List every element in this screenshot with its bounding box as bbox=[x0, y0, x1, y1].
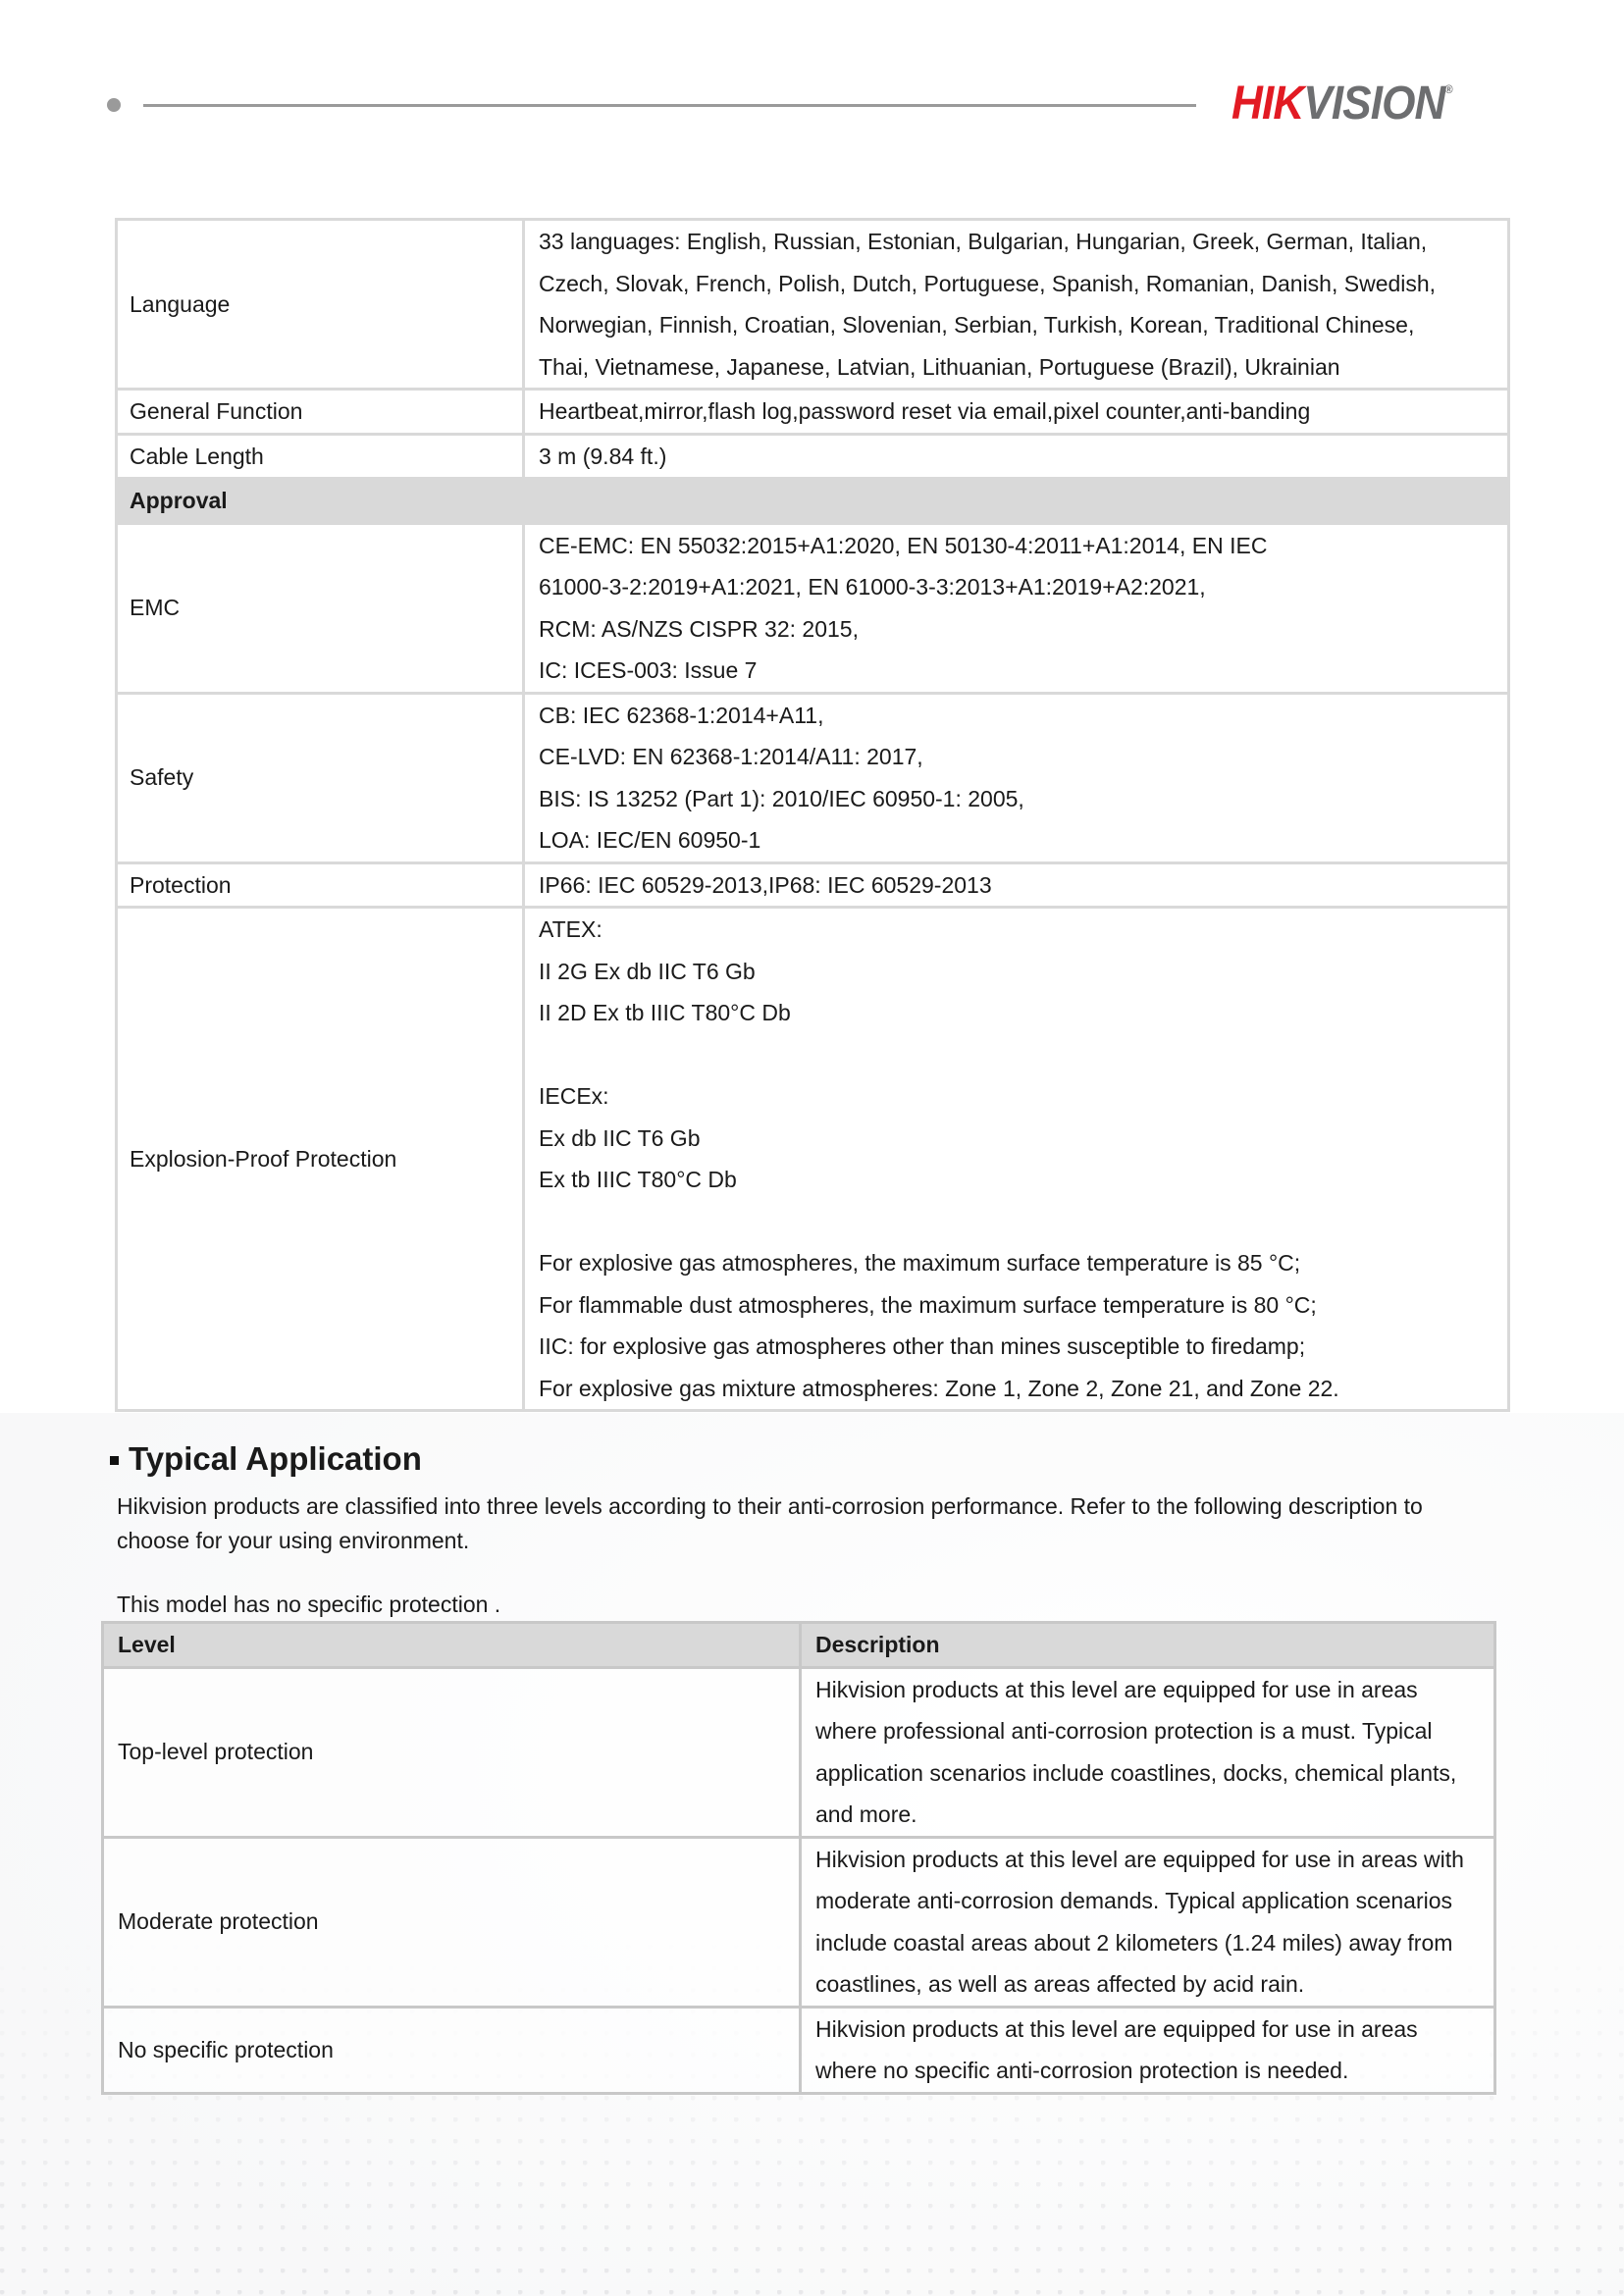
column-header-level: Level bbox=[103, 1623, 801, 1668]
square-bullet-icon bbox=[110, 1456, 119, 1465]
spec-value-line: LOA: IEC/EN 60950-1 bbox=[539, 819, 1495, 861]
spec-row: ProtectionIP66: IEC 60529-2013,IP68: IEC… bbox=[117, 862, 1509, 908]
spec-row: SafetyCB: IEC 62368-1:2014+A11,CE-LVD: E… bbox=[117, 693, 1509, 862]
spec-value-line: Heartbeat,mirror,flash log,password rese… bbox=[539, 391, 1495, 433]
spec-value-line: CB: IEC 62368-1:2014+A11, bbox=[539, 695, 1495, 737]
spec-value: 33 languages: English, Russian, Estonian… bbox=[524, 220, 1509, 390]
spec-value-line bbox=[539, 1201, 1495, 1243]
spec-value-line: Ex tb IIIC T80°C Db bbox=[539, 1159, 1495, 1201]
spec-value-line: Czech, Slovak, French, Polish, Dutch, Po… bbox=[539, 263, 1495, 305]
level-cell: No specific protection bbox=[103, 2007, 801, 2093]
table-header-row: Level Description bbox=[103, 1623, 1495, 1668]
spec-table: Language33 languages: English, Russian, … bbox=[115, 218, 1510, 1412]
page-header: HIKVISION® bbox=[0, 0, 1624, 157]
spec-value-line: BIS: IS 13252 (Part 1): 2010/IEC 60950-1… bbox=[539, 778, 1495, 820]
level-cell: Moderate protection bbox=[103, 1837, 801, 2007]
spec-row: Explosion-Proof ProtectionATEX:II 2G Ex … bbox=[117, 908, 1509, 1411]
section-intro: Hikvision products are classified into t… bbox=[117, 1489, 1491, 1558]
spec-value-line: 33 languages: English, Russian, Estonian… bbox=[539, 221, 1495, 263]
spec-value-line: CE-EMC: EN 55032:2015+A1:2020, EN 50130-… bbox=[539, 525, 1495, 567]
model-protection-note: This model has no specific protection . bbox=[117, 1592, 500, 1618]
spec-value: CB: IEC 62368-1:2014+A11,CE-LVD: EN 6236… bbox=[524, 693, 1509, 862]
description-cell: Hikvision products at this level are equ… bbox=[801, 1667, 1495, 1837]
table-row: No specific protectionHikvision products… bbox=[103, 2007, 1495, 2093]
table-row: Top-level protectionHikvision products a… bbox=[103, 1667, 1495, 1837]
spec-value-line bbox=[539, 1034, 1495, 1076]
header-dot bbox=[107, 98, 121, 112]
spec-value: 3 m (9.84 ft.) bbox=[524, 434, 1509, 479]
spec-value-line: ATEX: bbox=[539, 909, 1495, 951]
table-row: Moderate protectionHikvision products at… bbox=[103, 1837, 1495, 2007]
spec-value-line: 61000-3-2:2019+A1:2021, EN 61000-3-3:201… bbox=[539, 566, 1495, 608]
spec-key: General Function bbox=[117, 390, 524, 435]
spec-key: Safety bbox=[117, 693, 524, 862]
level-cell: Top-level protection bbox=[103, 1667, 801, 1837]
spec-value-line: IC: ICES-003: Issue 7 bbox=[539, 650, 1495, 692]
spec-key: Cable Length bbox=[117, 434, 524, 479]
corrosion-level-table: Level Description Top-level protectionHi… bbox=[101, 1621, 1496, 2095]
spec-row: Cable Length3 m (9.84 ft.) bbox=[117, 434, 1509, 479]
spec-key: Explosion-Proof Protection bbox=[117, 908, 524, 1411]
spec-value-line: II 2G Ex db IIC T6 Gb bbox=[539, 951, 1495, 993]
spec-value-line: CE-LVD: EN 62368-1:2014/A11: 2017, bbox=[539, 736, 1495, 778]
spec-row: General FunctionHeartbeat,mirror,flash l… bbox=[117, 390, 1509, 435]
spec-value-line: IECEx: bbox=[539, 1075, 1495, 1118]
spec-value: Heartbeat,mirror,flash log,password rese… bbox=[524, 390, 1509, 435]
spec-key: Language bbox=[117, 220, 524, 390]
section-title-typical-application: Typical Application bbox=[110, 1440, 422, 1478]
spec-value-line: For explosive gas mixture atmospheres: Z… bbox=[539, 1368, 1495, 1410]
spec-group-row: Approval bbox=[117, 479, 1509, 524]
spec-value-line: Ex db IIC T6 Gb bbox=[539, 1118, 1495, 1160]
spec-value-line: IIC: for explosive gas atmospheres other… bbox=[539, 1326, 1495, 1368]
spec-value-line: Thai, Vietnamese, Japanese, Latvian, Lit… bbox=[539, 346, 1495, 389]
spec-value-line: RCM: AS/NZS CISPR 32: 2015, bbox=[539, 608, 1495, 651]
spec-key: EMC bbox=[117, 523, 524, 693]
spec-value: CE-EMC: EN 55032:2015+A1:2020, EN 50130-… bbox=[524, 523, 1509, 693]
spec-row: EMCCE-EMC: EN 55032:2015+A1:2020, EN 501… bbox=[117, 523, 1509, 693]
spec-value-line: For flammable dust atmospheres, the maxi… bbox=[539, 1284, 1495, 1327]
spec-value-line: IP66: IEC 60529-2013,IP68: IEC 60529-201… bbox=[539, 864, 1495, 907]
spec-value: ATEX:II 2G Ex db IIC T6 GbII 2D Ex tb II… bbox=[524, 908, 1509, 1411]
spec-group-label: Approval bbox=[117, 479, 1509, 524]
column-header-description: Description bbox=[801, 1623, 1495, 1668]
spec-value-line: Norwegian, Finnish, Croatian, Slovenian,… bbox=[539, 304, 1495, 346]
spec-value: IP66: IEC 60529-2013,IP68: IEC 60529-201… bbox=[524, 862, 1509, 908]
spec-value-line: For explosive gas atmospheres, the maxim… bbox=[539, 1242, 1495, 1284]
spec-row: Language33 languages: English, Russian, … bbox=[117, 220, 1509, 390]
description-cell: Hikvision products at this level are equ… bbox=[801, 1837, 1495, 2007]
spec-value-line: 3 m (9.84 ft.) bbox=[539, 436, 1495, 478]
hikvision-logo: HIKVISION® bbox=[1231, 77, 1452, 130]
header-rule bbox=[143, 104, 1196, 107]
description-cell: Hikvision products at this level are equ… bbox=[801, 2007, 1495, 2093]
spec-key: Protection bbox=[117, 862, 524, 908]
spec-value-line: II 2D Ex tb IIIC T80°C Db bbox=[539, 992, 1495, 1034]
